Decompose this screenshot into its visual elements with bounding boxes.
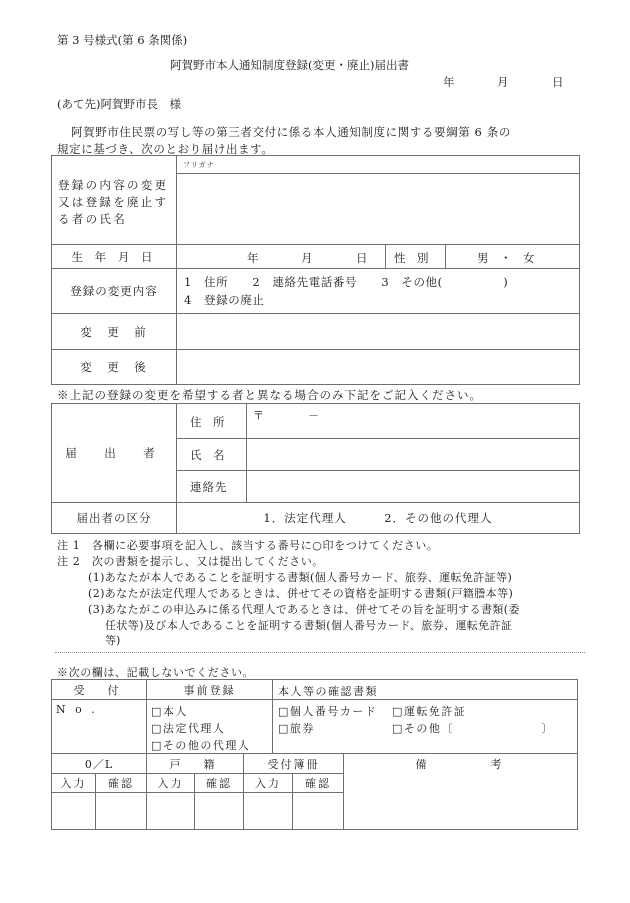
change-options-line1[interactable]: 1 住所 2 連絡先電話番号 3 その他( ) [184,274,508,290]
register-input-cell[interactable] [244,793,292,829]
id-passport-checkbox[interactable]: □旅券 [278,720,315,736]
applicant-name-input[interactable] [247,439,579,470]
before-label: 変 更 前 [52,314,176,349]
remarks-cell[interactable] [344,774,577,829]
contact-input[interactable] [247,471,579,502]
birth-month-label: 月 [301,250,313,266]
address-label: 住 所 [190,414,225,430]
koseki-input-subheader: 入力 [147,774,194,792]
id-license-checkbox[interactable]: □運転免許証 [392,703,466,719]
ol-confirm-subheader: 確認 [96,774,146,792]
date-month-label: 月 [497,74,509,90]
note-item-3-line2: 任状等)及び本人であることを証明する書類(個人番号カード、旅券、運転免許証 [105,617,512,633]
prereg-header: 事前登録 [147,680,272,699]
applicant-name-label: 氏 名 [190,447,225,463]
category-options[interactable]: 1．法定代理人 2．その他の代理人 [177,503,579,533]
note-item-3-line1: (3)あなたがこの申込みに係る代理人であるときは、併せてその旨を証明する書類(委 [88,601,520,617]
postal-prefix: 〒 － [253,407,319,423]
reception-number-label: N o . [56,703,98,716]
ol-input-cell[interactable] [52,793,95,829]
register-confirm-cell[interactable] [293,793,343,829]
note-2: 注 2 次の書類を提示し、又は提出してください。 [57,553,324,569]
change-options-line2[interactable]: 4 登録の廃止 [184,292,265,308]
register-header: 受付簿冊 [244,754,343,773]
prereg-other-agent-checkbox[interactable]: □その他の代理人 [151,737,250,754]
birthdate-input[interactable]: 年 月 日 [177,245,385,268]
ol-header: 0／L [52,754,146,773]
applicant-label: 届 出 者 [52,404,176,502]
note-item-2: (2)あなたが法定代理人であるときは、併せてその資格を証明する書類(戸籍謄本等) [88,585,513,601]
date-day-label: 日 [552,74,564,90]
reception-header: 受 付 [52,680,146,699]
note-item-1: (1)あなたが本人であることを証明する書類(個人番号カード、旅券、運転免許証等) [88,569,512,585]
ol-input-subheader: 入力 [52,774,95,792]
note-1: 注 1 各欄に必要事項を記入し、該当する番号に○印をつけてください。 [57,537,439,553]
name-input[interactable] [177,174,579,244]
gender-options[interactable]: 男 ・ 女 [477,250,535,266]
addressee: (あて先)阿賀野市長 様 [57,96,181,112]
cut-line-divider [55,652,585,653]
form-title: 阿賀野市本人通知制度登録(変更・廃止)届出書 [170,57,409,73]
prereg-options: □本人 □法定代理人 □その他の代理人 [151,703,250,754]
before-input[interactable] [177,314,579,349]
prereg-self-checkbox[interactable]: □本人 [151,703,250,720]
id-mynumber-checkbox[interactable]: □個人番号カード [278,703,377,719]
remarks-header: 備 考 [344,754,577,773]
after-input[interactable] [177,350,579,384]
note-item-3-line3: 等) [105,632,120,648]
address-input[interactable]: 〒 － [247,404,579,438]
after-label: 変 更 後 [52,350,176,384]
koseki-input-cell[interactable] [147,793,194,829]
office-use-caption: ※次の欄は、記載しないでください。 [57,664,254,680]
koseki-confirm-cell[interactable] [195,793,243,829]
form-number: 第 3 号様式(第 6 条関係) [57,32,187,48]
furigana-input[interactable] [177,156,579,173]
notice-text: ※上記の登録の変更を希望する者と異なる場合のみ下記をご記入ください。 [57,387,482,403]
change-content-label: 登録の変更内容 [52,269,176,313]
name-label: 登録の内容の変更 又は登録を廃止す る者の氏名 [58,177,168,228]
contact-label: 連絡先 [190,479,228,495]
birth-day-label: 日 [356,250,368,266]
ol-confirm-cell[interactable] [96,793,146,829]
date-year-label: 年 [443,74,455,90]
register-input-subheader: 入力 [244,774,292,792]
birth-year-label: 年 [247,250,259,266]
register-confirm-subheader: 確認 [293,774,343,792]
id-other-checkbox[interactable]: □その他〔 〕 [392,720,554,736]
prereg-legal-agent-checkbox[interactable]: □法定代理人 [151,720,250,737]
id-docs-header: 本人等の確認書類 [278,683,378,699]
category-label: 届出者の区分 [52,503,176,533]
gender-label: 性 別 [394,250,429,266]
koseki-confirm-subheader: 確認 [195,774,243,792]
koseki-header: 戸 籍 [147,754,243,773]
intro-text-line1: 阿賀野市住民票の写し等の第三者交付に係る本人通知制度に関する要綱第 6 条の [71,124,511,140]
birthdate-label: 生 年 月 日 [52,245,176,268]
